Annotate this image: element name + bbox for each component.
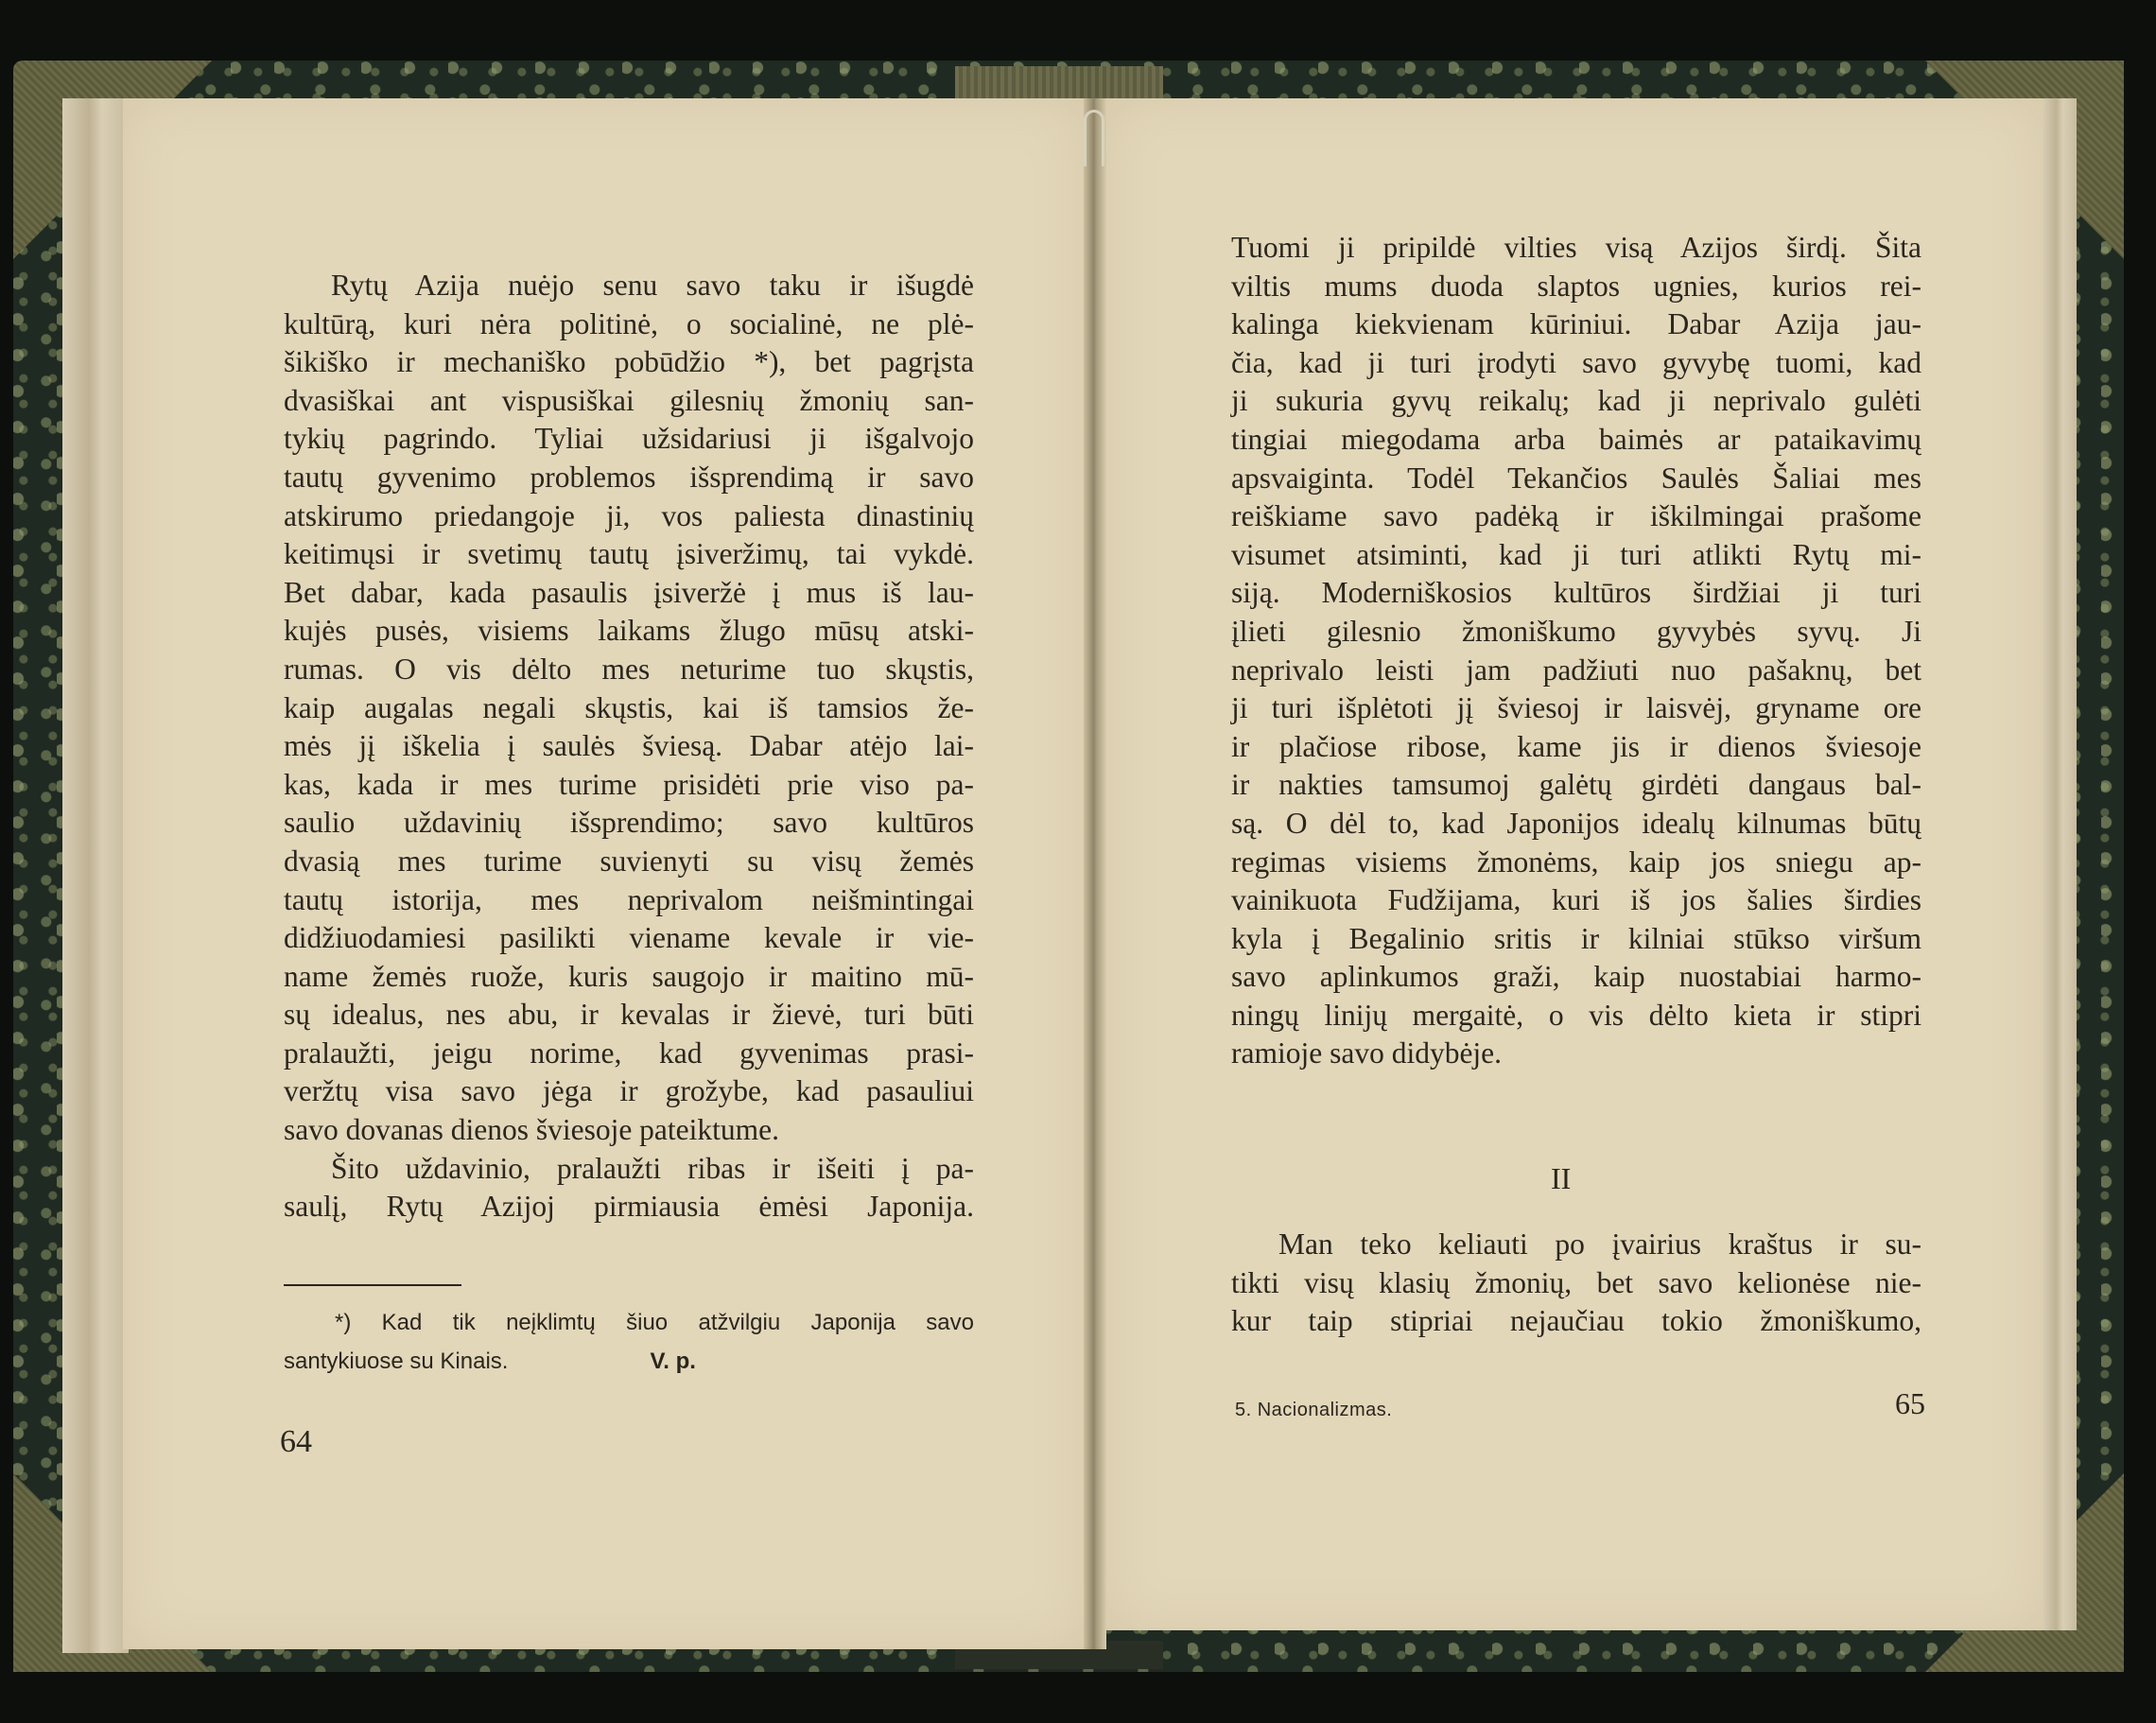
- text-line: saulį, Rytų Azijoj pirmiausia ėmėsi Japo…: [284, 1188, 974, 1227]
- text-line: Bet dabar, kada pasaulis įsiveržė į mus …: [284, 574, 974, 613]
- text-line: atskirumo priedangoje ji, vos paliesta d…: [284, 497, 974, 536]
- text-line: apsvaiginta. Todėl Tekančios Saulės Šali…: [1231, 460, 1921, 498]
- text-line: Šito uždavinio, pralaužti ribas ir išeit…: [284, 1150, 974, 1189]
- text-line: viltis mums duoda slaptos ugnies, kurios…: [1231, 268, 1921, 306]
- page-stack-left: [62, 98, 129, 1653]
- text-line: rumas. O vis dėlto mes neturime tuo skųs…: [284, 651, 974, 689]
- text-line: šikiško ir mechaniško pobūdžio *), bet p…: [284, 343, 974, 382]
- text-line: Tuomi ji pripildė vilties visą Azijos ši…: [1231, 229, 1921, 268]
- text-line: mės jį iškelia į saulės šviesą. Dabar at…: [284, 727, 974, 766]
- text-line: tingiai miegodama arba baimės ar pataika…: [1231, 421, 1921, 460]
- text-line: Rytų Azija nuėjo senu savo taku ir išugd…: [284, 267, 974, 305]
- text-line: vainikuota Fudžijama, kuri iš jos šalies…: [1231, 881, 1921, 920]
- text-line: kur taip stipriai nejaučiau tokio žmoniš…: [1231, 1302, 1921, 1341]
- text-line: ramioje savo didybėje.: [1231, 1035, 1921, 1073]
- footnote-signature: V. p.: [650, 1349, 695, 1374]
- text-line: savo dovanas dienos šviesoje pateiktume.: [284, 1111, 974, 1150]
- text-line: regimas visiems žmonėms, kaip jos sniegu…: [1231, 844, 1921, 882]
- text-line: pralaužti, jeigu norime, kad gyvenimas p…: [284, 1035, 974, 1073]
- text-line: są. O dėl to, kad Japonijos idealų kilnu…: [1231, 805, 1921, 844]
- right-page-section-body: Man teko keliauti po įvairius kraštus ir…: [1231, 1226, 1921, 1341]
- text-line: didžiuodamiesi pasilikti viename kevale …: [284, 919, 974, 958]
- footnote-line: santykiuose su Kinais.V. p.: [284, 1342, 974, 1381]
- text-line: tautų istorija, mes neprivalom neišminti…: [284, 881, 974, 920]
- text-line: čia, kad ji turi įrodyti savo gyvybę tuo…: [1231, 344, 1921, 383]
- right-page-body: Tuomi ji pripildė vilties visą Azijos ši…: [1231, 229, 1921, 1073]
- text-line: reiškiame savo padėką ir iškilmingai pra…: [1231, 497, 1921, 536]
- text-line: tautų gyvenimo problemos išsprendimą ir …: [284, 459, 974, 497]
- text-line: neprivalo leisti jam padžiuti nuo pašakn…: [1231, 652, 1921, 690]
- text-line: kujės pusės, visiems laikams žlugo mūsų …: [284, 612, 974, 651]
- text-line: veržtų visa savo jėga ir grožybe, kad pa…: [284, 1072, 974, 1111]
- text-line: Man teko keliauti po įvairius kraštus ir…: [1231, 1226, 1921, 1264]
- text-line: name žemės ruože, kuris saugojo ir maiti…: [284, 958, 974, 997]
- text-line: ji turi išplėtoti jį šviesoj ir laisvėj,…: [1231, 689, 1921, 728]
- page-number-right: 65: [1895, 1386, 1925, 1421]
- page-stack-right: [2043, 98, 2077, 1630]
- printer-signature-mark: 5. Nacionalizmas.: [1235, 1400, 1392, 1421]
- text-line: kyla į Begalinio sritis ir kilniai stūks…: [1231, 920, 1921, 959]
- text-line: tykių pagrindo. Tyliai užsidariusi ji iš…: [284, 420, 974, 459]
- text-line: kalinga kiekvienam kūriniui. Dabar Azija…: [1231, 305, 1921, 344]
- text-line: įlieti gilesnio žmoniškumo gyvybės syvų.…: [1231, 613, 1921, 652]
- footnote-rule: [284, 1284, 461, 1286]
- text-line: savo aplinkumos graži, kaip nuostabiai h…: [1231, 958, 1921, 997]
- section-heading: II: [1551, 1161, 1571, 1196]
- text-line: ir plačiose ribose, kame jis ir dienos š…: [1231, 728, 1921, 767]
- binding-thread-icon: [1084, 110, 1104, 166]
- text-line: ningų linijų mergaitė, o vis dėlto kieta…: [1231, 997, 1921, 1036]
- text-line: kultūrą, kuri nėra politinė, o socialinė…: [284, 305, 974, 344]
- footnote-line: *) Kad tik neįklimtų šiuo atžvilgiu Japo…: [284, 1303, 974, 1342]
- text-line: keitimųsi ir svetimų tautų įsiveržimų, t…: [284, 535, 974, 574]
- text-line: visumet atsiminti, kad ji turi atlikti R…: [1231, 536, 1921, 575]
- footnote: *) Kad tik neįklimtų šiuo atžvilgiu Japo…: [284, 1303, 974, 1381]
- book-gutter: [1084, 98, 1106, 1649]
- footnote-text: santykiuose su Kinais.: [284, 1349, 508, 1374]
- text-line: ir nakties tamsumoj galėtų girdėti danga…: [1231, 766, 1921, 805]
- left-page-body: Rytų Azija nuėjo senu savo taku ir išugd…: [284, 267, 974, 1227]
- text-line: kas, kada ir mes turime prisidėti prie v…: [284, 766, 974, 805]
- text-line: sų idealus, nes abu, ir kevalas ir žievė…: [284, 996, 974, 1035]
- text-line: dvasią mes turime suvienyti su visų žemė…: [284, 843, 974, 881]
- text-line: ji sukuria gyvų reikalų; kad ji neprival…: [1231, 382, 1921, 421]
- text-line: kaip augalas negali skųstis, kai iš tams…: [284, 689, 974, 728]
- text-line: dvasiškai ant vispusiškai gilesnių žmoni…: [284, 382, 974, 421]
- text-line: tikti visų klasių žmonių, bet savo kelio…: [1231, 1264, 1921, 1303]
- text-line: saulio uždavinių išsprendimo; savo kultū…: [284, 804, 974, 843]
- text-line: siją. Moderniškosios kultūros širdžiai j…: [1231, 574, 1921, 613]
- page-number-left: 64: [280, 1424, 312, 1460]
